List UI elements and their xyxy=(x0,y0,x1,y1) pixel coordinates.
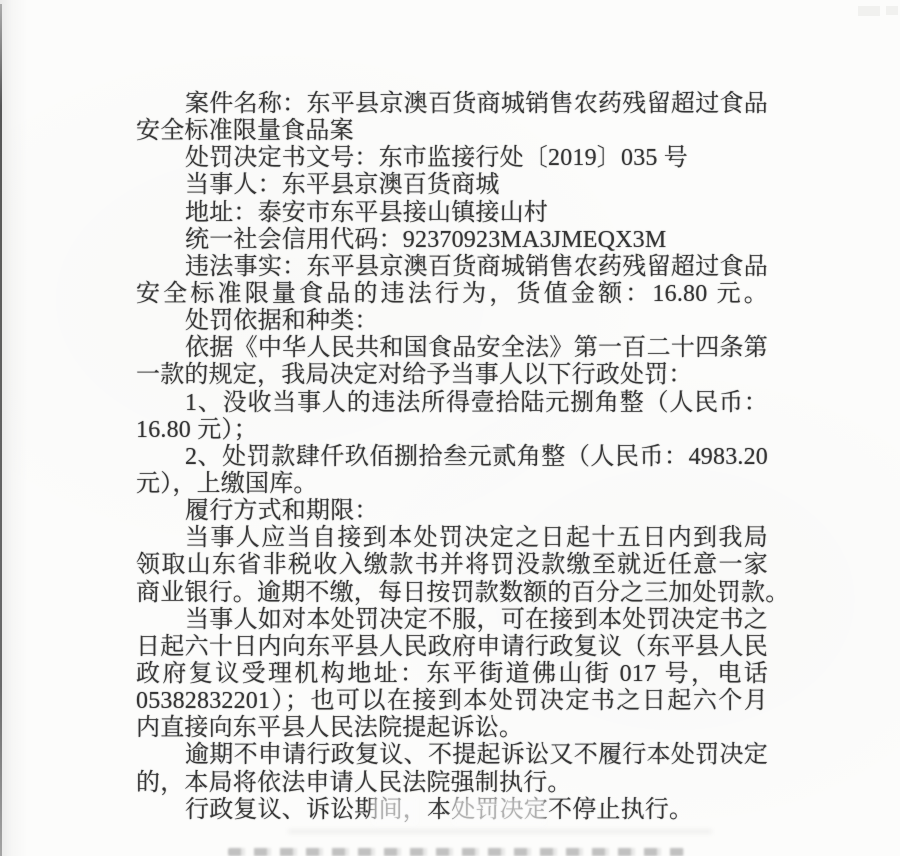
doc-line-violation-2: 安全标准限量食品的违法行为，货值金额：16.80 元。 xyxy=(136,281,768,308)
doc-line-deadline-heading: 履行方式和期限： xyxy=(136,498,768,525)
doc-line-appeal-2: 日起六十日内向东平县人民政府申请行政复议（东平县人民 xyxy=(136,634,768,661)
cutoff-text-remnant xyxy=(228,848,684,856)
scan-fade-artifact xyxy=(372,796,418,825)
doc-line-penalty-1b: 16.80 元）； xyxy=(136,417,768,444)
doc-line-appeal-3: 政府复议受理机构地址：东平街道佛山街 017 号，电话 xyxy=(136,661,768,688)
doc-line-payment-2: 领取山东省非税收入缴款书并将罚没款缴至就近任意一家 xyxy=(136,552,768,579)
doc-line-case-name-2: 安全标准限量食品案 xyxy=(136,118,768,145)
doc-line-appeal-5: 内直接向东平县人民法院提起诉讼。 xyxy=(136,715,768,742)
doc-line-penalty-2b: 元），上缴国库。 xyxy=(136,471,768,498)
doc-line-penalty-2a: 2、处罚款肆仟玖佰捌拾叁元贰角整（人民币：4983.20 xyxy=(136,444,768,471)
doc-line-enforcement-1: 逾期不申请行政复议、不提起诉讼又不履行本处罚决定 xyxy=(136,742,768,769)
scan-fade-artifact xyxy=(452,796,546,825)
doc-line-address: 地址：泰安市东平县接山镇接山村 xyxy=(136,200,768,227)
scan-edge-line xyxy=(0,4,2,856)
doc-line-penalty-1a: 1、没收当事人的违法所得壹拾陆元捌角整（人民币： xyxy=(136,390,768,417)
scan-smudge xyxy=(288,829,712,834)
scan-artifact xyxy=(858,6,880,16)
doc-line-basis-heading: 处罚依据和种类： xyxy=(136,308,768,335)
doc-line-enforcement-2: 的，本局将依法申请人民法院强制执行。 xyxy=(136,770,768,797)
doc-line-basis-1: 依据《中华人民共和国食品安全法》第一百二十四条第 xyxy=(136,335,768,362)
doc-line-case-name-1: 案件名称：东平县京澳百货商城销售农药残留超过食品 xyxy=(136,91,768,118)
document-text-block: 案件名称：东平县京澳百货商城销售农药残留超过食品 安全标准限量食品案 处罚决定书… xyxy=(136,91,768,824)
scanned-document-page: { "page": { "background_color": "#fcfcfb… xyxy=(0,0,900,856)
doc-line-payment-3: 商业银行。逾期不缴，每日按罚款数额的百分之三加处罚款。 xyxy=(136,580,768,607)
scan-artifact xyxy=(886,6,898,15)
doc-line-party: 当事人：东平县京澳百货商城 xyxy=(136,172,768,199)
doc-line-appeal-4: 05382832201）；也可以在接到本处罚决定书之日起六个月 xyxy=(136,688,768,715)
doc-line-payment-1: 当事人应当自接到本处罚决定之日起十五日内到我局 xyxy=(136,525,768,552)
doc-line-basis-2: 一款的规定，我局决定对给予当事人以下行政处罚： xyxy=(136,362,768,389)
doc-line-decision-number: 处罚决定书文号：东市监接行处〔2019〕035 号 xyxy=(136,145,768,172)
doc-line-violation-1: 违法事实：东平县京澳百货商城销售农药残留超过食品 xyxy=(136,254,768,281)
doc-line-credit-code: 统一社会信用代码：92370923MA3JMEQX3M xyxy=(136,227,768,254)
doc-line-appeal-1: 当事人如对本处罚决定不服，可在接到本处罚决定书之 xyxy=(136,607,768,634)
